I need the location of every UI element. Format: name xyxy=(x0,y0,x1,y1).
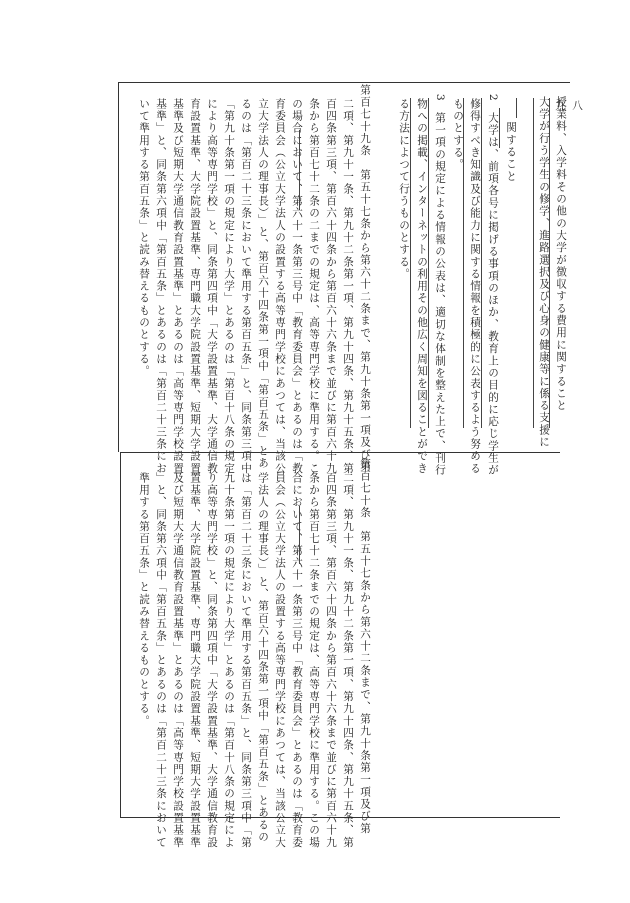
article-line: 九十条第一項の規定により大学」とあるのは「第百十八条の規定によ xyxy=(221,472,237,849)
article-line: 第百七十九条 第五十七条から第六十二条まで、第九十条第一項及び第 xyxy=(357,84,373,473)
sideline xyxy=(299,506,300,564)
article-line: るのは「第百二十三条において準用する第百五条」と、同条第三項中 xyxy=(238,98,254,475)
sideline xyxy=(463,98,464,428)
article-text: 育設置基準、大学院設置基準、専門職大学院設置基準、短期大学設置 xyxy=(189,98,201,475)
article-line: 」と、同条第六項中「第百五条」とあるのは「第百二十三条において xyxy=(153,472,169,849)
article-text: の場合において、第六十一条第三号中「教育委員会」とあるのは「教 xyxy=(291,98,303,475)
article-line: の場合において、第六十一条第三号中「教育委員会」とあるのは「教 xyxy=(289,98,305,475)
article-text: 二項、第九十一条、第九十二条第一項、第九十四条、第九十五条、第 xyxy=(342,98,354,475)
article-text: 」と、同条第六項中「第百五条」とあるのは「第百二十三条において xyxy=(155,472,167,849)
sideline xyxy=(428,98,429,428)
article-text: いて準用する第百五条」と読み替えるものとする。 xyxy=(138,98,150,377)
paragraph-text: 大学は、前項各号に掲げる事項のほか、教育上の目的に応じ学生が xyxy=(487,112,499,477)
article-line: 員会（公立大学法人の設置する高等専門学校にあつては、当該公立大 xyxy=(272,472,288,849)
article-line: は「第百二十三条において準用する第百五条」と、同条第三項中「第 xyxy=(238,472,254,849)
article-line: 合において、第六十一条第三号中「教育委員会」とあるのは「教育委 xyxy=(289,472,305,849)
article-text: 百四条第三項、第百六十四条から第百六十六条まで並びに第百六十九 xyxy=(325,472,337,849)
sideline xyxy=(499,108,500,148)
article-text: 置基準、大学院設置基準、専門職大学院設置基準、短期大学設置基準 xyxy=(189,472,201,849)
article-text: は「第百二十三条において準用する第百五条」と、同条第三項中「第 xyxy=(240,472,252,849)
article-line: り高等専門学校」と、同条第四項中「大学設置基準、大学通信教育設 xyxy=(204,472,220,849)
article-line: 第百七十条 第五十七条から第六十二条まで、第九十条第一項及び第 xyxy=(357,458,373,835)
article-line: いて準用する第百五条」と読み替えるものとする。 xyxy=(136,98,152,377)
article-text: るのは「第百二十三条において準用する第百五条」と、同条第三項中 xyxy=(240,98,252,475)
article-line: 基準及び短期大学通信教育設置基準」とあるのは「高等専門学校設置 xyxy=(170,98,186,475)
article-line: 育設置基準、大学院設置基準、専門職大学院設置基準、短期大学設置 xyxy=(187,98,203,475)
paragraph-3-line-1: 第一項の規定による情報の公表は、適切な体制を整えた上で、刊行 xyxy=(432,112,448,477)
paragraph-text: 修得すべき知識及び能力に関する情報を積極的に公表するよう努める xyxy=(469,98,481,475)
article-text: 立大学法人の理事長）」と、第百六十四条第一項中「第百五条」とあ xyxy=(257,98,269,469)
article-line: により高等専門学校」と、同条第四項中「大学設置基準、大学通信教 xyxy=(204,98,220,475)
article-text: 育委員会（公立大学法人の設置する高等専門学校にあつては、当該公 xyxy=(274,98,286,475)
article-line: 二項、第九十一条、第九十二条第一項、第九十四条、第九十五条、第 xyxy=(340,472,356,849)
paragraph-3-number: 3 xyxy=(432,84,464,102)
article-text: 合において、第六十一条第三号中「教育委員会」とあるのは「教育委 xyxy=(291,472,303,849)
article-line: 条から第百七十二条の二までの規定は、高等専門学校に準用する。こ xyxy=(306,98,322,475)
article-text: 学法人の理事長）」と、第百六十四条第一項中「第百五条」とあるの xyxy=(257,472,269,843)
article-text: 条から第百七十二条までの規定は、高等専門学校に準用する。この場 xyxy=(308,472,320,849)
article-line: 及び短期大学通信教育設置基準」とあるのは「高等専門学校設置基準 xyxy=(170,472,186,849)
paragraph-text: 第一項の規定による情報の公表は、適切な体制を整えた上で、刊行 xyxy=(434,112,446,477)
article-text: 第百七十九条 第五十七条から第六十二条まで、第九十条第一項及び第 xyxy=(359,84,371,473)
article-text: 二項、第九十一条、第九十二条第一項、第九十四条、第九十五条、第 xyxy=(342,472,354,849)
article-line: 百四条第三項、第百六十四条から第百六十六条まで並びに第百六十九 xyxy=(323,98,339,475)
article-text: 九十条第一項の規定により大学」とあるのは「第百十八条の規定によ xyxy=(223,472,235,849)
sideline xyxy=(299,130,300,210)
article-line: 基準」と、同条第六項中「第百五条」とあるのは「第百二十三条にお xyxy=(153,98,169,475)
paragraph-2-line-1: 大学は、前項各号に掲げる事項のほか、教育上の目的に応じ学生が xyxy=(485,112,501,477)
article-line: 置基準、大学院設置基準、専門職大学院設置基準、短期大学設置基準 xyxy=(187,472,203,849)
paragraph-2-number: 2 xyxy=(485,84,517,102)
article-text: 基準及び短期大学通信教育設置基準」とあるのは「高等専門学校設置 xyxy=(172,98,184,475)
article-line: 百四条第三項、第百六十四条から第百六十六条まで並びに第百六十九 xyxy=(323,472,339,849)
article-text: 条から第百七十二条の二までの規定は、高等専門学校に準用する。こ xyxy=(308,98,320,475)
article-text: 第百七十条 第五十七条から第六十二条まで、第九十条第一項及び第 xyxy=(359,458,371,835)
paragraph-number: 3 xyxy=(434,94,446,102)
article-line: 条から第百七十二条までの規定は、高等専門学校に準用する。この場 xyxy=(306,472,322,849)
article-line: 育委員会（公立大学法人の設置する高等専門学校にあつては、当該公 xyxy=(272,98,288,475)
sideline xyxy=(481,98,482,428)
sideline xyxy=(533,98,534,428)
item-text: 関すること xyxy=(505,122,517,183)
item-number: 九 xyxy=(554,100,566,112)
article-line: 準用する第百五条」と読み替えるものとする。 xyxy=(136,472,152,727)
paragraph-text: る方法によつて行うものとする。 xyxy=(398,98,410,280)
article-text: 「第九十条第一項の規定により大学」とあるのは「第百十八条の規定 xyxy=(223,98,235,475)
article-line: 立大学法人の理事長）」と、第百六十四条第一項中「第百五条」とあ xyxy=(255,98,271,469)
article-line: 「第九十条第一項の規定により大学」とあるのは「第百十八条の規定 xyxy=(221,98,237,475)
article-text: 百四条第三項、第百六十四条から第百六十六条まで並びに第百六十九 xyxy=(325,98,337,475)
sideline xyxy=(549,98,550,428)
article-text: 基準」と、同条第六項中「第百五条」とあるのは「第百二十三条にお xyxy=(155,98,167,475)
article-text: 及び短期大学通信教育設置基準」とあるのは「高等専門学校設置基準 xyxy=(172,472,184,849)
article-text: り高等専門学校」と、同条第四項中「大学設置基準、大学通信教育設 xyxy=(206,472,218,849)
article-line: 二項、第九十一条、第九十二条第一項、第九十四条、第九十五条、第 xyxy=(340,98,356,475)
item-9-continued: 関すること xyxy=(503,112,535,183)
sideline xyxy=(516,98,517,118)
article-text: 準用する第百五条」と読み替えるものとする。 xyxy=(138,472,150,727)
paragraph-number: 2 xyxy=(487,94,499,102)
sideline xyxy=(410,98,411,428)
article-text: 員会（公立大学法人の設置する高等専門学校にあつては、当該公立大 xyxy=(274,472,286,849)
article-text: により高等専門学校」と、同条第四項中「大学設置基準、大学通信教 xyxy=(206,98,218,475)
paragraph-text: 物への掲載、インターネットの利用その他広く周知を図ることができ xyxy=(416,98,428,475)
article-line: 学法人の理事長）」と、第百六十四条第一項中「第百五条」とあるの xyxy=(255,472,271,843)
